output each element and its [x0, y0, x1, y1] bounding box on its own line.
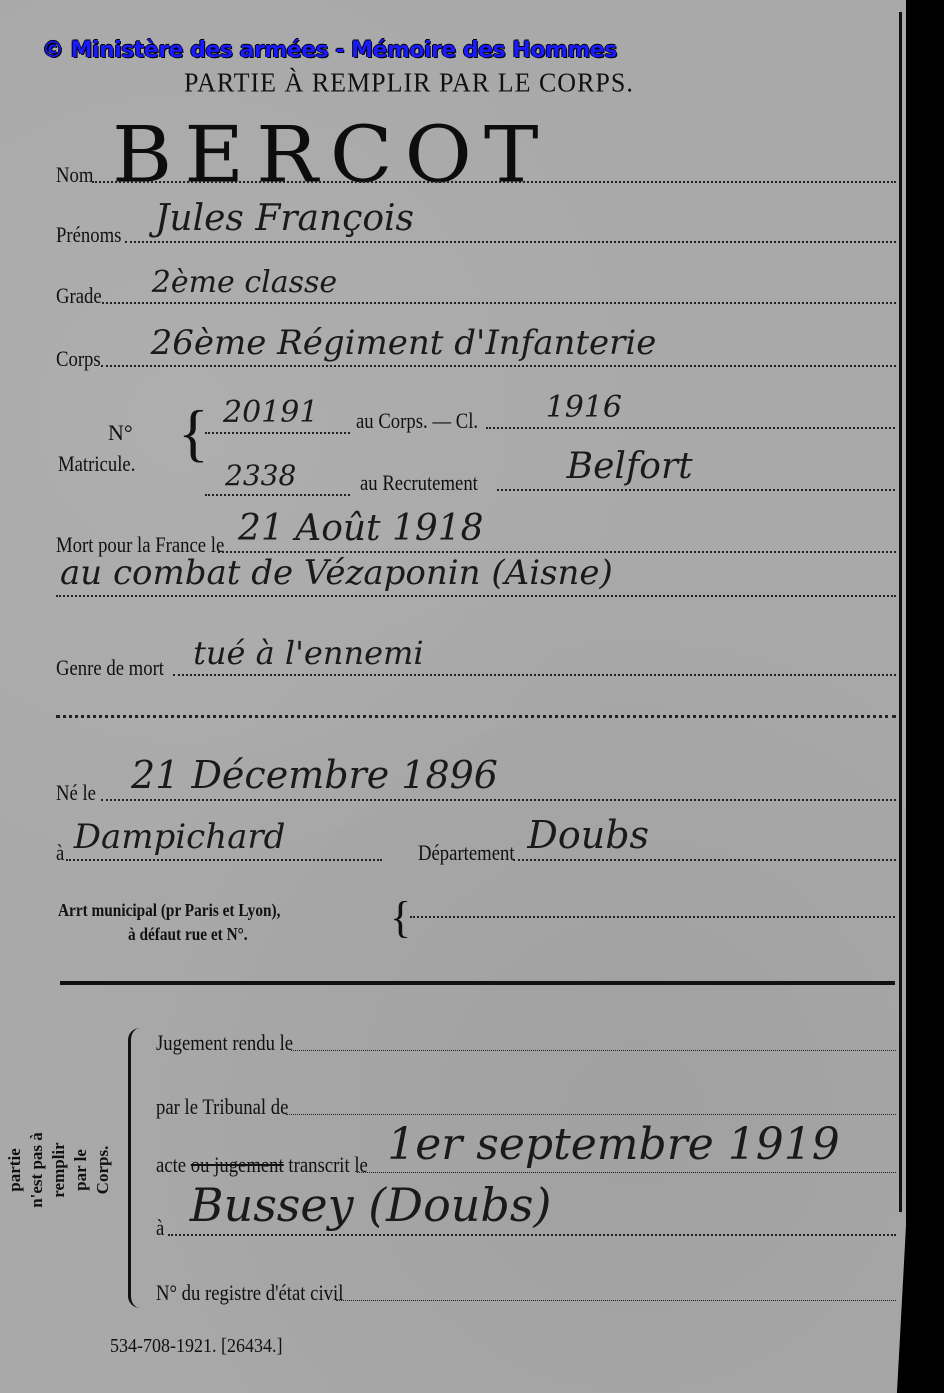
- dotted-line: tué à l'ennemi: [173, 674, 896, 676]
- arrondissement-label-1: Arrt municipal (pr Paris et Lyon),: [58, 900, 280, 921]
- acte-suffix: transcrit le: [288, 1152, 367, 1177]
- field-corps: Corps 26ème Régiment d'Infanterie: [56, 346, 896, 372]
- prenoms-value: Jules François: [155, 198, 414, 239]
- dotted-line: [291, 1050, 896, 1051]
- no-label: N°: [108, 420, 133, 446]
- tribunal-label: par le Tribunal de: [156, 1094, 288, 1120]
- lieu-mort-value: au combat de Vézaponin (Aisne): [60, 553, 613, 593]
- corps-label: Corps: [56, 346, 101, 372]
- dotted-line: Doubs: [513, 859, 896, 861]
- arrondissement-label-2: à défaut rue et N°.: [128, 924, 248, 945]
- recrutement-value: Belfort: [567, 446, 693, 487]
- side-brace: [128, 1028, 141, 1308]
- side-note-line-3: par le Corps.: [70, 1130, 114, 1210]
- dotted-line: Jules François: [125, 241, 896, 243]
- prenoms-label: Prénoms: [56, 222, 121, 248]
- dotted-line: 2ème classe: [102, 302, 896, 304]
- ne-le-label: Né le: [56, 780, 96, 806]
- dotted-line: [56, 715, 896, 718]
- dotted-line: 20191: [205, 410, 350, 434]
- dotted-line: 1916: [486, 427, 895, 429]
- dotted-line: [286, 1114, 896, 1115]
- brace-icon: {: [390, 892, 411, 943]
- print-reference: 534-708-1921. [26434.]: [110, 1335, 282, 1358]
- transcrit-value: 1er septembre 1919: [387, 1119, 839, 1170]
- a-label: à: [156, 1215, 164, 1241]
- side-note-line-2: n'est pas à remplir: [26, 1130, 70, 1210]
- grade-label: Grade: [56, 283, 102, 309]
- ne-a-value: Dampichard: [74, 817, 286, 857]
- field-ne-le: Né le 21 Décembre 1896: [56, 780, 896, 806]
- matricule-label: Matricule.: [58, 451, 135, 477]
- nom-label: Nom: [56, 162, 93, 188]
- ne-a-label: à: [56, 840, 64, 866]
- card-border: [899, 12, 902, 1212]
- corps-value: 26ème Régiment d'Infanterie: [151, 323, 657, 363]
- acte-label: acte ou jugement transcrit le: [156, 1152, 368, 1178]
- dotted-line: Dampichard: [66, 859, 382, 861]
- registre-label: N° du registre d'état civil: [156, 1280, 343, 1306]
- dotted-line: Belfort: [497, 489, 895, 491]
- acte-struck: ou jugement: [191, 1152, 284, 1177]
- a-value: Bussey (Doubs): [190, 1178, 552, 1232]
- genre-mort-label: Genre de mort: [56, 655, 164, 681]
- classe-value: 1916: [546, 390, 622, 425]
- side-note-line-1: Cette partie: [0, 1130, 26, 1210]
- acte-prefix: acte: [156, 1152, 186, 1177]
- field-genre-mort: Genre de mort tué à l'ennemi: [56, 655, 896, 681]
- field-nom: Nom: [56, 162, 896, 188]
- form-header: PARTIE À REMPLIR PAR LE CORPS.: [184, 67, 634, 99]
- au-recrutement-label: au Recrutement: [360, 470, 478, 496]
- corps-number: 20191: [223, 395, 318, 430]
- field-transcrit: acte ou jugement transcrit le 1er septem…: [156, 1152, 896, 1178]
- ne-le-value: 21 Décembre 1896: [131, 753, 498, 797]
- jugement-label: Jugement rendu le: [156, 1030, 293, 1056]
- field-tribunal: par le Tribunal de: [156, 1094, 896, 1120]
- departement-label: Département: [418, 840, 515, 866]
- recrutement-number: 2338: [225, 459, 296, 492]
- dotted-line: 26ème Régiment d'Infanterie: [101, 365, 896, 367]
- field-registre: N° du registre d'état civil: [156, 1280, 896, 1306]
- grade-value: 2ème classe: [152, 265, 337, 300]
- arrondissement-line: [410, 916, 895, 918]
- field-lieu-mort: au combat de Vézaponin (Aisne): [56, 595, 896, 602]
- matricule-corps-row: 20191 au Corps. — Cl. 1916: [205, 408, 895, 434]
- dotted-line: 21 Décembre 1896: [101, 799, 896, 801]
- genre-mort-value: tué à l'ennemi: [193, 634, 424, 672]
- departement-value: Doubs: [527, 813, 649, 857]
- field-grade: Grade 2ème classe: [56, 283, 896, 309]
- dotted-line: [336, 1300, 896, 1301]
- dotted-line: [92, 181, 896, 183]
- dotted-line: 2338: [205, 472, 350, 496]
- mort-value: 21 Août 1918: [238, 508, 484, 549]
- field-transcrit-lieu: à Bussey (Doubs): [156, 1215, 896, 1241]
- dotted-line: Bussey (Doubs): [168, 1234, 896, 1236]
- field-ne-a: à Dampichard Département Doubs: [56, 840, 896, 866]
- empty-line: [56, 715, 896, 723]
- matricule-recrutement-row: 2338 au Recrutement Belfort: [205, 470, 895, 496]
- section-divider: [60, 981, 895, 985]
- field-prenoms: Prénoms Jules François: [56, 222, 896, 248]
- dotted-line: au combat de Vézaponin (Aisne): [56, 595, 896, 597]
- au-corps-label: au Corps. — Cl.: [356, 408, 478, 434]
- dotted-line: 1er septembre 1919: [357, 1172, 896, 1173]
- field-jugement: Jugement rendu le: [156, 1030, 896, 1056]
- copyright-watermark: © Ministère des armées - Mémoire des Hom…: [42, 38, 617, 63]
